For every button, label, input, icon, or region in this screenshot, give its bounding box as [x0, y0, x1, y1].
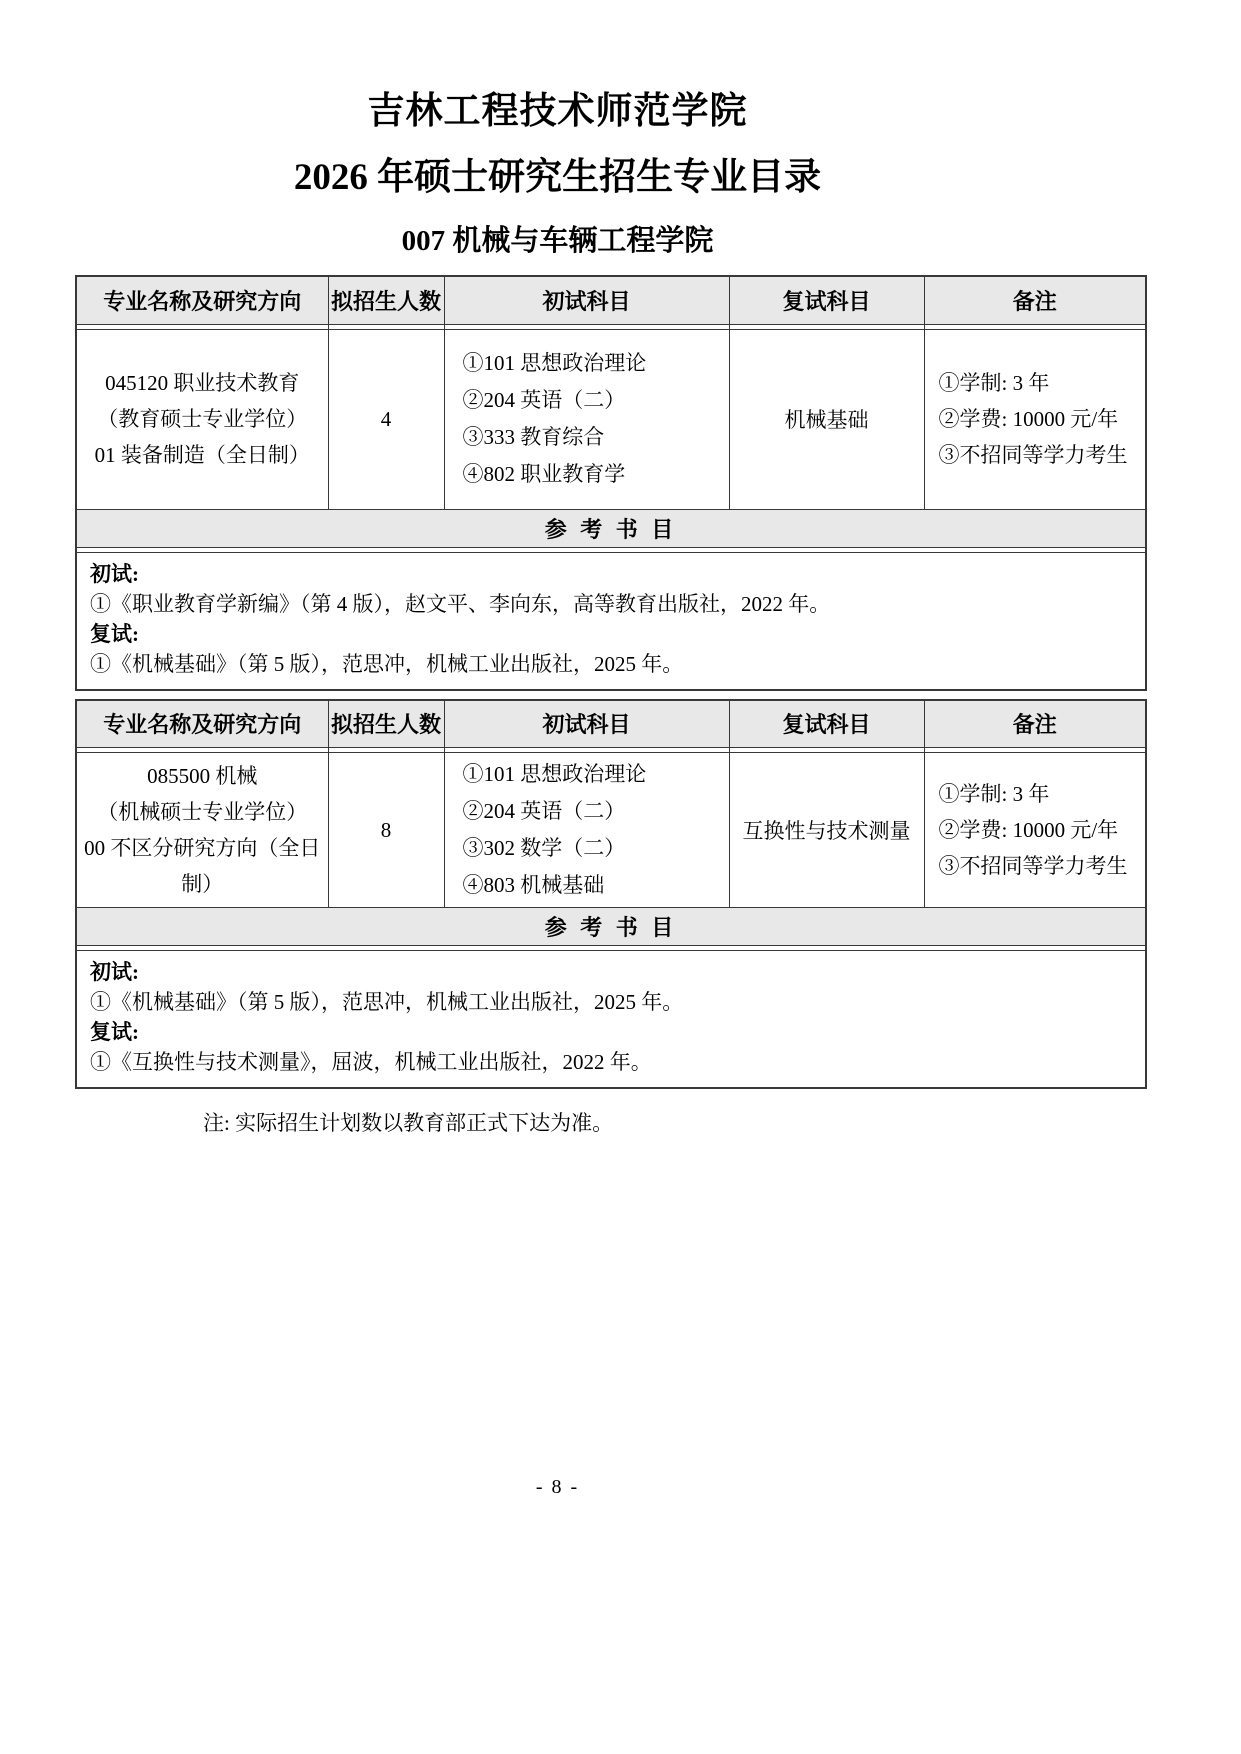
- enrollment-cell: 4: [328, 329, 444, 509]
- page-content: 吉林工程技术师范学院 2026 年硕士研究生招生专业目录 007 机械与车辆工程…: [75, 0, 1145, 1137]
- document-title-line2: 2026 年硕士研究生招生专业目录: [75, 146, 1040, 200]
- remarks-cell: ①学制: 3 年 ②学费: 10000 元/年 ③不招同等学力考生: [924, 753, 1146, 908]
- initial-subject: ④803 机械基础: [463, 867, 729, 904]
- reference-list-cell: 初试: ①《职业教育学新编》（第 4 版），赵文平、李向东，高等教育出版社，20…: [76, 552, 1146, 690]
- remark-item: ①学制: 3 年: [939, 365, 1146, 401]
- enrollment-cell: 8: [328, 753, 444, 908]
- reference-list-row: 初试: ①《职业教育学新编》（第 4 版），赵文平、李向东，高等教育出版社，20…: [76, 552, 1146, 690]
- reference-header-row: 参 考 书 目: [76, 509, 1146, 547]
- initial-subject: ②204 英语（二）: [463, 793, 729, 830]
- remark-item: ①学制: 3 年: [939, 776, 1146, 812]
- retest-subject-cell: 机械基础: [729, 329, 924, 509]
- program-name-line: 045120 职业技术教育: [79, 365, 326, 401]
- initial-subject: ②204 英语（二）: [463, 382, 729, 419]
- reference-header: 参 考 书 目: [76, 908, 1146, 946]
- footnote: 注: 实际招生计划数以教育部正式下达为准。: [203, 1107, 1145, 1137]
- reference-item: ①《机械基础》（第 5 版），范思冲，机械工业出版社，2025 年。: [90, 649, 1135, 679]
- retest-subject-cell: 互换性与技术测量: [729, 753, 924, 908]
- program-row: 085500 机械 （机械硕士专业学位） 00 不区分研究方向（全日制） 8 ①…: [76, 753, 1146, 908]
- header-cell-enrollment: 拟招生人数: [328, 276, 444, 324]
- remark-item: ③不招同等学力考生: [939, 848, 1146, 884]
- program-row: 045120 职业技术教育 （教育硕士专业学位） 01 装备制造（全日制） 4 …: [76, 329, 1146, 509]
- program-name-line: 085500 机械: [79, 758, 326, 794]
- program-name-line: 00 不区分研究方向（全日制）: [79, 830, 326, 902]
- program-name-line: 01 装备制造（全日制）: [79, 437, 326, 473]
- initial-subject: ③333 教育综合: [463, 419, 729, 456]
- reference-label-retest: 复试:: [90, 619, 1135, 649]
- header-cell-remarks: 备注: [924, 700, 1146, 748]
- table-header-row: 专业名称及研究方向 拟招生人数 初试科目 复试科目 备注: [76, 700, 1146, 748]
- program-name-line: （机械硕士专业学位）: [79, 794, 326, 830]
- initial-subject: ④802 职业教育学: [463, 456, 729, 493]
- header-cell-remarks: 备注: [924, 276, 1146, 324]
- header-cell-program: 专业名称及研究方向: [76, 700, 328, 748]
- reference-header: 参 考 书 目: [76, 509, 1146, 547]
- reference-item: ①《职业教育学新编》（第 4 版），赵文平、李向东，高等教育出版社，2022 年…: [90, 589, 1135, 619]
- admissions-table-2: 专业名称及研究方向 拟招生人数 初试科目 复试科目 备注 085500 机械 （…: [75, 699, 1147, 1090]
- program-name-line: （教育硕士专业学位）: [79, 401, 326, 437]
- header-cell-initial-subjects: 初试科目: [444, 276, 729, 324]
- remarks-cell: ①学制: 3 年 ②学费: 10000 元/年 ③不招同等学力考生: [924, 329, 1146, 509]
- reference-list-cell: 初试: ①《机械基础》（第 5 版），范思冲，机械工业出版社，2025 年。 复…: [76, 951, 1146, 1089]
- document-title-line1: 吉林工程技术师范学院: [75, 80, 1040, 134]
- header-cell-enrollment: 拟招生人数: [328, 700, 444, 748]
- program-name-cell: 085500 机械 （机械硕士专业学位） 00 不区分研究方向（全日制）: [76, 753, 328, 908]
- remark-item: ②学费: 10000 元/年: [939, 812, 1146, 848]
- header-cell-retest-subjects: 复试科目: [729, 276, 924, 324]
- initial-subject: ①101 思想政治理论: [463, 756, 729, 793]
- reference-item: ①《机械基础》（第 5 版），范思冲，机械工业出版社，2025 年。: [90, 987, 1135, 1017]
- reference-label-initial: 初试:: [90, 957, 1135, 987]
- title-block: 吉林工程技术师范学院 2026 年硕士研究生招生专业目录 007 机械与车辆工程…: [75, 80, 1040, 259]
- admissions-table-1: 专业名称及研究方向 拟招生人数 初试科目 复试科目 备注 045120 职业技术…: [75, 275, 1147, 691]
- program-name-cell: 045120 职业技术教育 （教育硕士专业学位） 01 装备制造（全日制）: [76, 329, 328, 509]
- page-number: - 8 -: [75, 1476, 1040, 1499]
- remark-item: ②学费: 10000 元/年: [939, 401, 1146, 437]
- remark-item: ③不招同等学力考生: [939, 437, 1146, 473]
- reference-label-initial: 初试:: [90, 559, 1135, 589]
- reference-list-row: 初试: ①《机械基础》（第 5 版），范思冲，机械工业出版社，2025 年。 复…: [76, 951, 1146, 1089]
- initial-subjects-cell: ①101 思想政治理论 ②204 英语（二） ③333 教育综合 ④802 职业…: [444, 329, 729, 509]
- header-cell-retest-subjects: 复试科目: [729, 700, 924, 748]
- reference-label-retest: 复试:: [90, 1017, 1135, 1047]
- initial-subject: ③302 数学（二）: [463, 830, 729, 867]
- header-cell-initial-subjects: 初试科目: [444, 700, 729, 748]
- header-cell-program: 专业名称及研究方向: [76, 276, 328, 324]
- reference-item: ①《互换性与技术测量》，屈波，机械工业出版社，2022 年。: [90, 1047, 1135, 1077]
- table-header-row: 专业名称及研究方向 拟招生人数 初试科目 复试科目 备注: [76, 276, 1146, 324]
- section-title: 007 机械与车辆工程学院: [75, 218, 1040, 259]
- initial-subject: ①101 思想政治理论: [463, 345, 729, 382]
- reference-header-row: 参 考 书 目: [76, 908, 1146, 946]
- initial-subjects-cell: ①101 思想政治理论 ②204 英语（二） ③302 数学（二） ④803 机…: [444, 753, 729, 908]
